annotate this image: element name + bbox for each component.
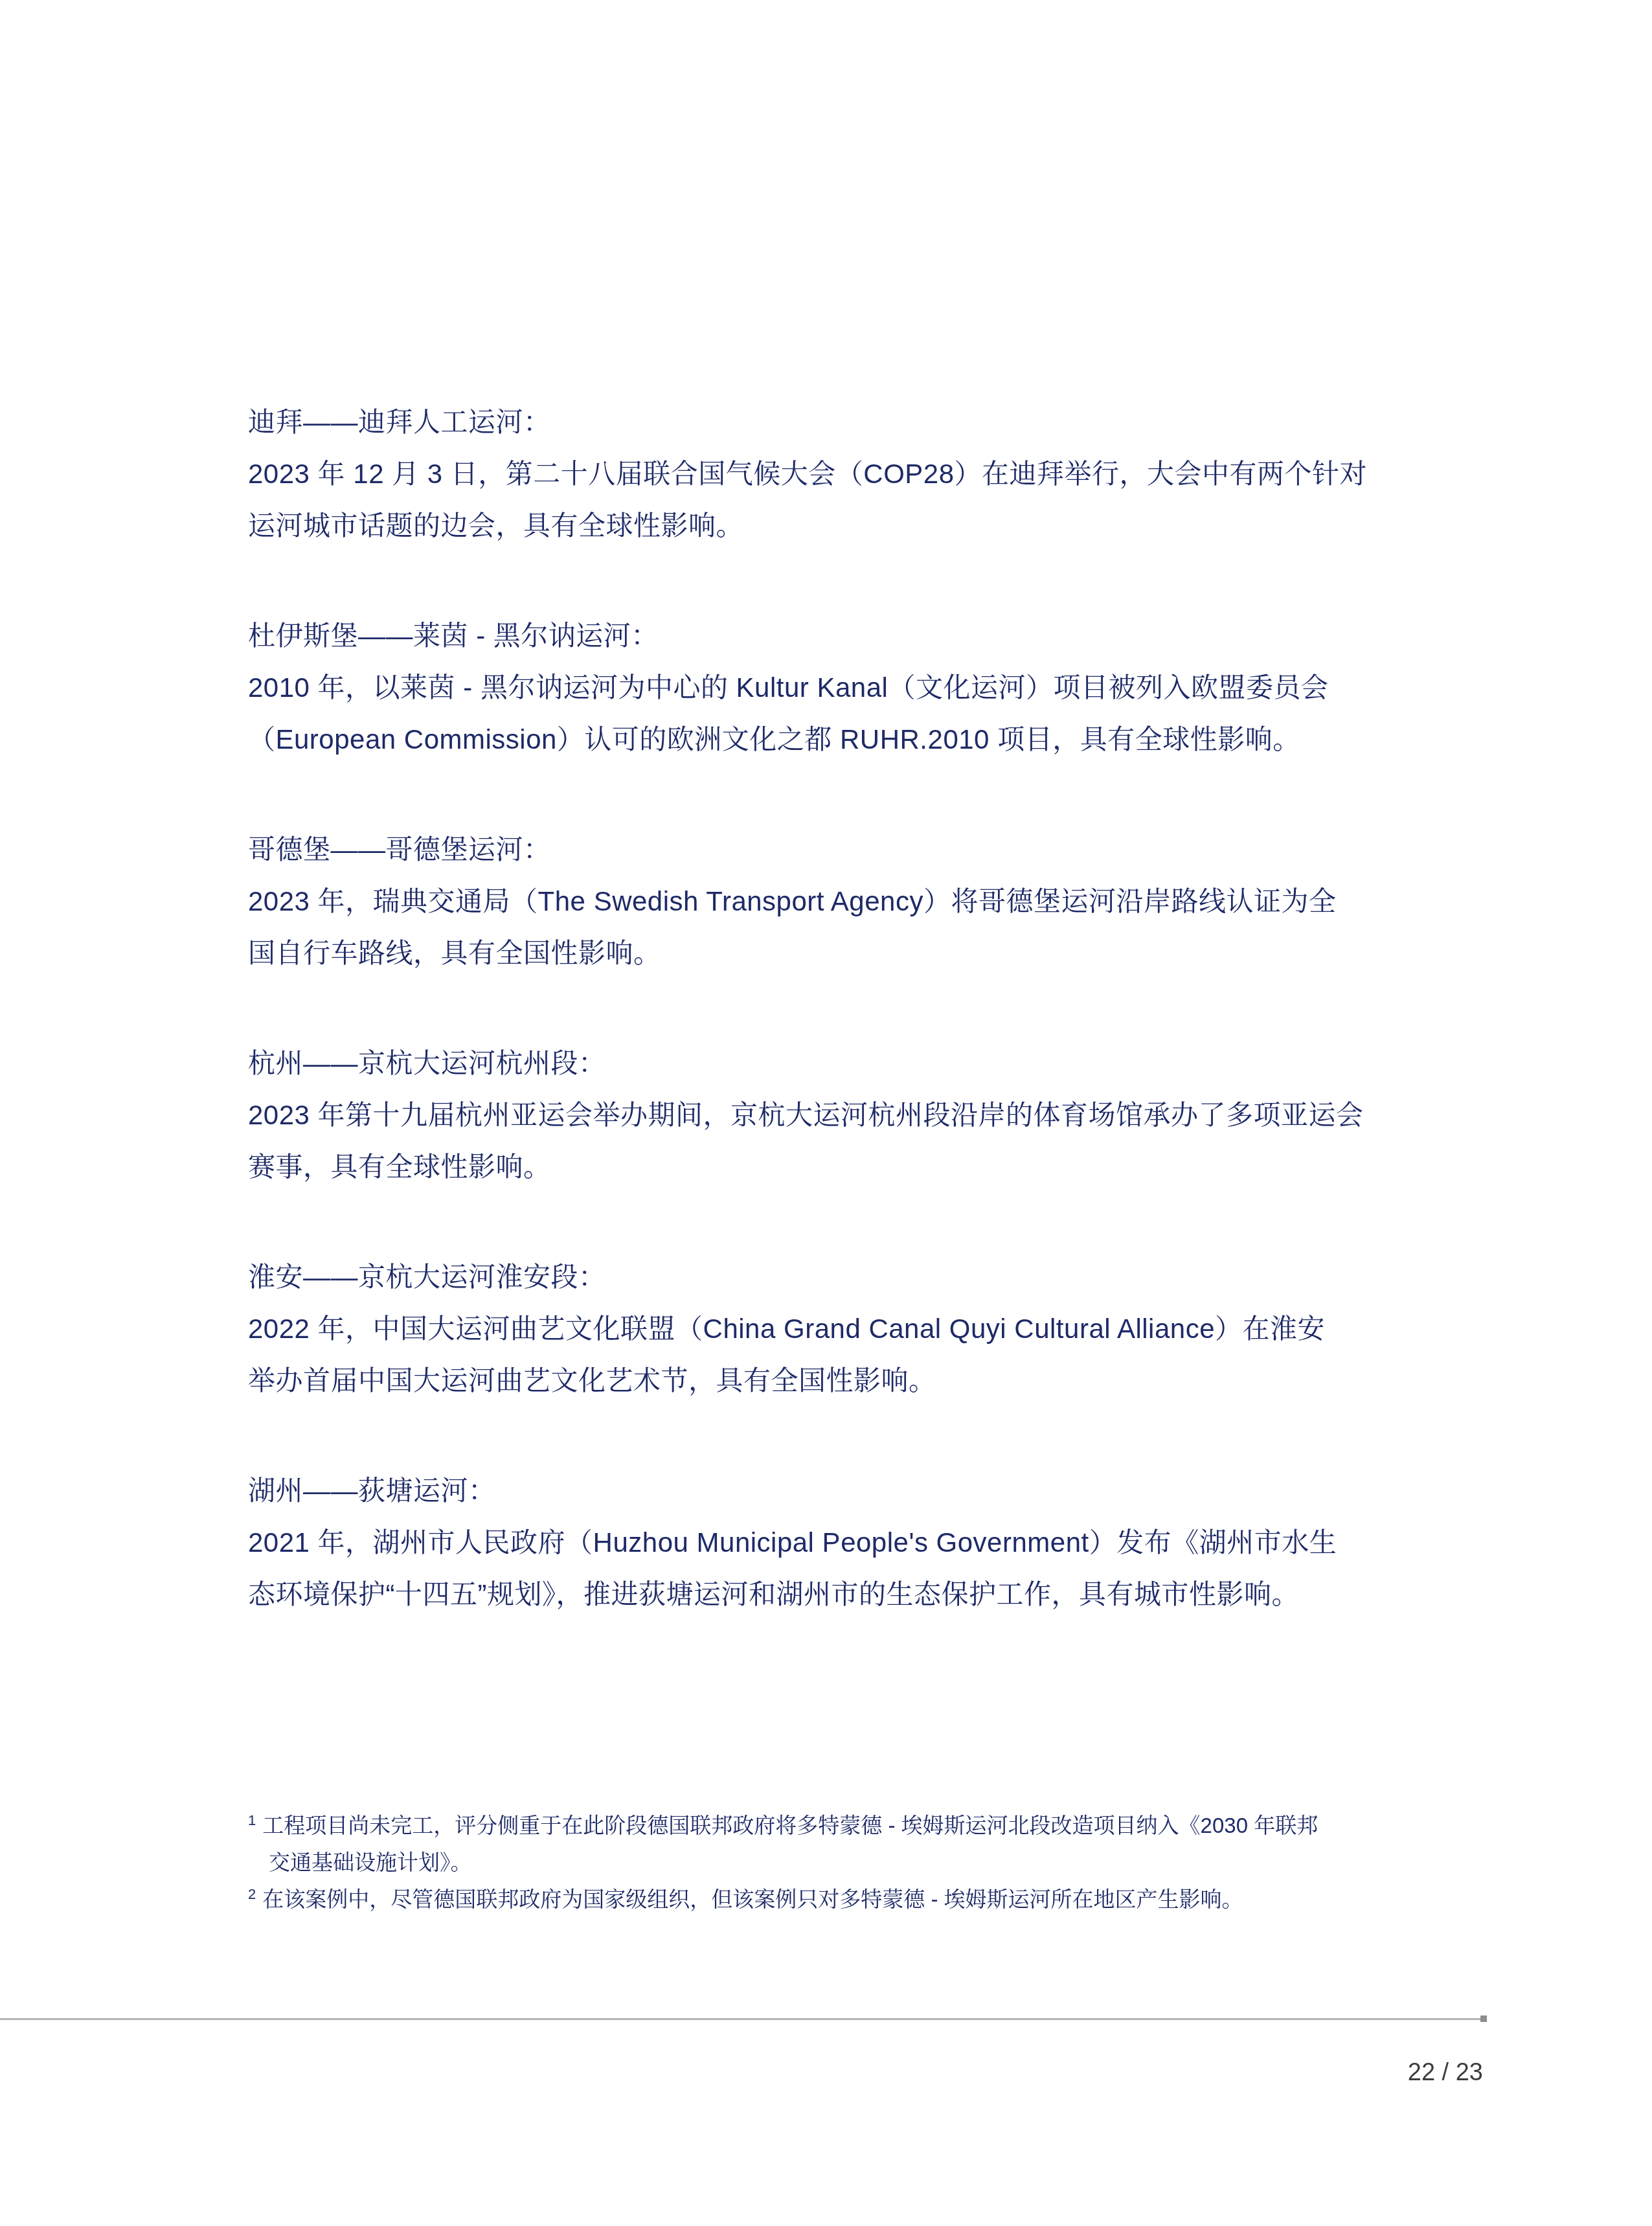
paragraph-line: 2023 年第十九届杭州亚运会举办期间，京杭大运河杭州段沿岸的体育场馆承办了多项… (248, 1089, 1401, 1141)
paragraph-line: 2023 年 12 月 3 日，第二十八届联合国气候大会（COP28）在迪拜举行… (248, 448, 1401, 500)
footnote-text: 在该案例中，尽管德国联邦政府为国家级组织，但该案例只对多特蒙德 - 埃姆斯运河所… (262, 1887, 1243, 1911)
paragraph-heading: 杜伊斯堡——莱茵 - 黑尔讷运河： (248, 610, 1401, 662)
document-page: 迪拜——迪拜人工运河： 2023 年 12 月 3 日，第二十八届联合国气候大会… (0, 0, 1652, 2226)
paragraph-heading: 迪拜——迪拜人工运河： (248, 396, 1401, 448)
paragraph-gothenburg: 哥德堡——哥德堡运河： 2023 年，瑞典交通局（The Swedish Tra… (248, 824, 1401, 979)
paragraph-line: （European Commission）认可的欧洲文化之都 RUHR.2010… (248, 714, 1401, 766)
paragraph-line: 2010 年，以莱茵 - 黑尔讷运河为中心的 Kultur Kanal（文化运河… (248, 662, 1401, 714)
paragraph-line: 2023 年，瑞典交通局（The Swedish Transport Agenc… (248, 876, 1401, 927)
paragraph-line: 2022 年，中国大运河曲艺文化联盟（China Grand Canal Quy… (248, 1303, 1401, 1355)
paragraph-line: 态环境保护“十四五”规划》，推进荻塘运河和湖州市的生态保护工作，具有城市性影响。 (248, 1569, 1401, 1620)
paragraph-heading: 湖州——荻塘运河： (248, 1465, 1401, 1517)
paragraph-duisburg: 杜伊斯堡——莱茵 - 黑尔讷运河： 2010 年，以莱茵 - 黑尔讷运河为中心的… (248, 610, 1401, 766)
footnote-text: 交通基础设施计划》。 (248, 1844, 1407, 1881)
paragraph-line: 举办首届中国大运河曲艺文化艺术节，具有全国性影响。 (248, 1355, 1401, 1407)
paragraph-huaian: 淮安——京杭大运河淮安段： 2022 年，中国大运河曲艺文化联盟（China G… (248, 1251, 1401, 1407)
footer-divider-endcap (1480, 2016, 1487, 2022)
paragraph-heading: 哥德堡——哥德堡运河： (248, 824, 1401, 876)
footnotes-block: 1工程项目尚未完工，评分侧重于在此阶段德国联邦政府将多特蒙德 - 埃姆斯运河北段… (248, 1807, 1407, 1918)
footnote-marker: 2 (248, 1886, 256, 1902)
paragraph-hangzhou: 杭州——京杭大运河杭州段： 2023 年第十九届杭州亚运会举办期间，京杭大运河杭… (248, 1038, 1401, 1193)
paragraph-heading: 淮安——京杭大运河淮安段： (248, 1251, 1401, 1303)
body-text-block: 迪拜——迪拜人工运河： 2023 年 12 月 3 日，第二十八届联合国气候大会… (248, 396, 1401, 1679)
paragraph-huzhou: 湖州——荻塘运河： 2021 年，湖州市人民政府（Huzhou Municipa… (248, 1465, 1401, 1620)
paragraph-line: 运河城市话题的边会，具有全球性影响。 (248, 500, 1401, 552)
paragraph-line: 国自行车路线，具有全国性影响。 (248, 927, 1401, 979)
footnote-2: 2在该案例中，尽管德国联邦政府为国家级组织，但该案例只对多特蒙德 - 埃姆斯运河… (248, 1881, 1407, 1918)
paragraph-line: 2021 年，湖州市人民政府（Huzhou Municipal People's… (248, 1517, 1401, 1569)
paragraph-line: 赛事，具有全球性影响。 (248, 1141, 1401, 1193)
footnote-text: 工程项目尚未完工，评分侧重于在此阶段德国联邦政府将多特蒙德 - 埃姆斯运河北段改… (262, 1813, 1318, 1837)
footnote-marker: 1 (248, 1812, 256, 1828)
page-number: 22 / 23 (1408, 2058, 1483, 2087)
footnote-1: 1工程项目尚未完工，评分侧重于在此阶段德国联邦政府将多特蒙德 - 埃姆斯运河北段… (248, 1807, 1407, 1881)
paragraph-dubai: 迪拜——迪拜人工运河： 2023 年 12 月 3 日，第二十八届联合国气候大会… (248, 396, 1401, 552)
footer-divider-line (0, 2018, 1480, 2020)
paragraph-heading: 杭州——京杭大运河杭州段： (248, 1038, 1401, 1089)
